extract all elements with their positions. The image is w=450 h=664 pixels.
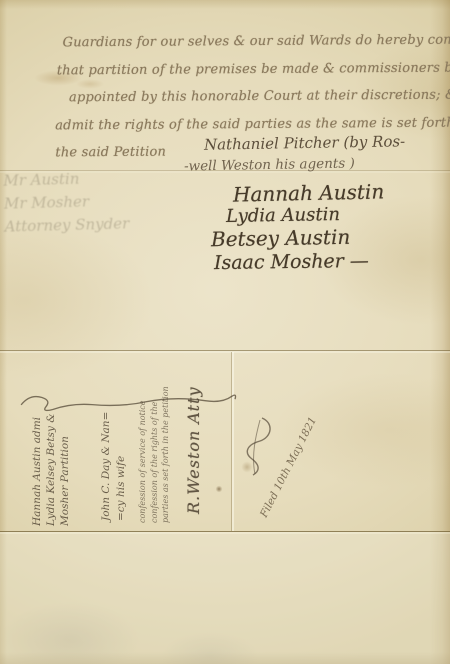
- docket-line: parties as set forth in the petition: [160, 371, 172, 523]
- pencil-line: Mr Mosher: [4, 189, 129, 215]
- agent-signature-line-1: Nathaniel Pitcher (by Ros-: [204, 132, 405, 154]
- docket-line: confession of the rights of the: [149, 371, 161, 523]
- pencil-line: Attorney Snyder: [4, 212, 129, 238]
- document-scan: Guardians for our selves & our said Ward…: [0, 0, 450, 664]
- paragraph-line: appointed by this honorable Court at the…: [69, 82, 447, 112]
- docket-day-parties: John C. Day & Nan= =cy his wife: [99, 407, 129, 521]
- docket-confession-note: confession of service of notice confessi…: [137, 371, 172, 523]
- bottom-fold-panel: [0, 534, 450, 664]
- signature-betsey-austin: Betsey Austin: [211, 225, 351, 251]
- pencil-line: Mr Austin: [3, 166, 128, 192]
- fold-crease-middle: [0, 350, 450, 353]
- agent-signature-line-2: -well Weston his agents ): [184, 156, 355, 175]
- attorney-signature: R.Weston Atty: [184, 374, 203, 514]
- docket-line: confession of service of notice: [137, 371, 149, 523]
- paragraph-line: that partition of the premises be made &…: [57, 54, 447, 84]
- docket-party-names: Hannah Austin admi Lydia Kelsey Betsy & …: [30, 394, 72, 526]
- docket-line: Hannah Austin admi: [30, 394, 44, 526]
- signature-isaac-mosher: Isaac Mosher —: [214, 250, 369, 274]
- signature-hannah-austin: Hannah Austin: [233, 179, 385, 206]
- pencil-bleedthrough: Mr Austin Mr Mosher Attorney Snyder: [3, 166, 129, 238]
- docket-line: Lydia Kelsey Betsy &: [44, 394, 58, 526]
- docket-line: John C. Day & Nan=: [99, 407, 114, 521]
- docket-line: =cy his wife: [114, 407, 129, 521]
- fold-crease-vertical: [231, 352, 234, 531]
- signature-lydia-austin: Lydia Austin: [226, 204, 340, 227]
- fold-crease-bottom: [0, 531, 450, 534]
- paragraph-line: Guardians for our selves & our said Ward…: [63, 27, 447, 57]
- docket-line: Mosher Partition: [58, 394, 72, 526]
- paraph-flourish-icon: [236, 415, 276, 477]
